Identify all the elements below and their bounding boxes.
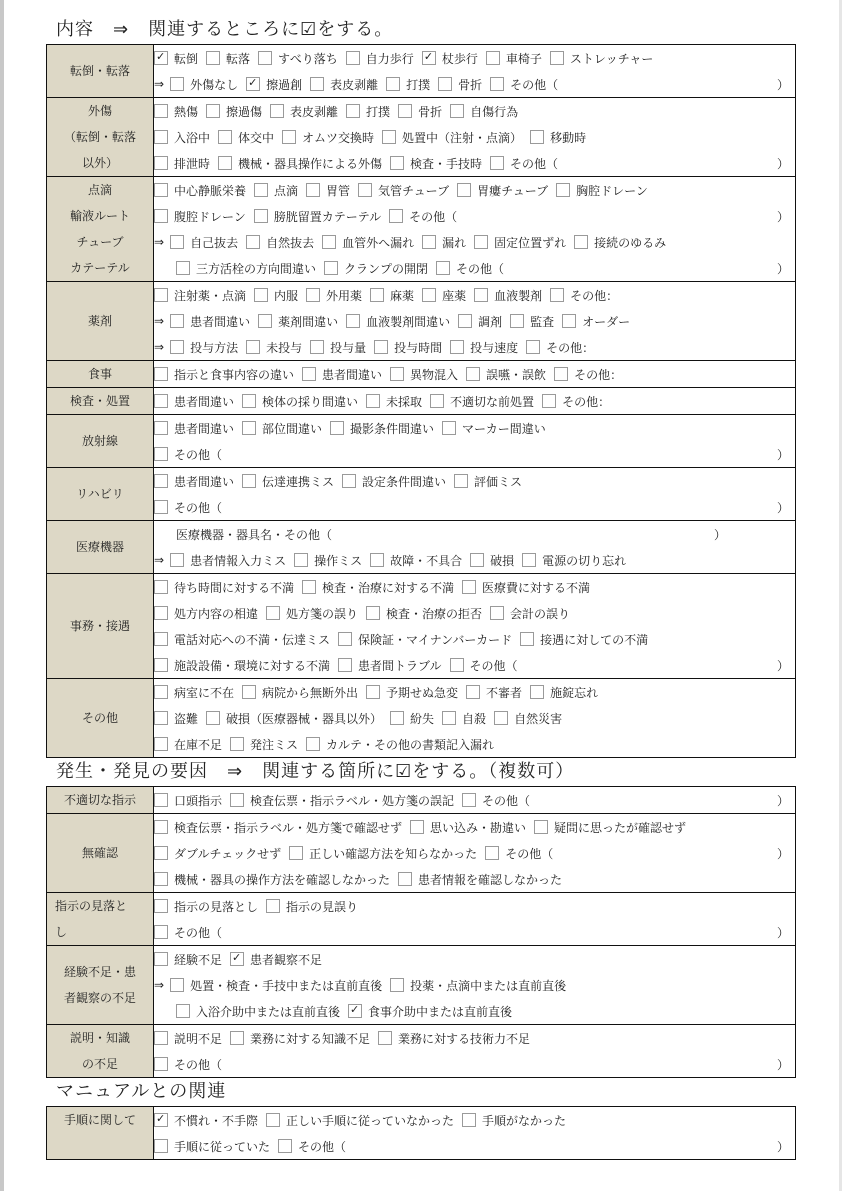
checkbox-icon[interactable] [242, 685, 256, 699]
checkbox-option[interactable]: 自力歩行 [346, 50, 414, 67]
checkbox-option[interactable]: ストレッチャー [550, 50, 654, 67]
checkbox-option[interactable]: 破損（医療器械・器具以外） [206, 710, 382, 727]
checkbox-icon[interactable] [154, 367, 168, 381]
checkbox-icon[interactable] [390, 711, 404, 725]
checkbox-icon[interactable] [462, 580, 476, 594]
checkbox-option[interactable]: 移動時 [530, 129, 586, 146]
row-label: 転倒・転落 [47, 45, 154, 98]
checkbox-option[interactable]: 投与速度 [450, 339, 518, 356]
checkbox-option[interactable]: 盗難 [154, 710, 198, 727]
checkbox-icon[interactable] [474, 288, 488, 302]
checkbox-option[interactable]: 入浴介助中または直前直後 [176, 1003, 340, 1020]
checkbox-option[interactable]: 待ち時間に対する不満 [154, 579, 294, 596]
checkbox-option[interactable]: その他： [542, 393, 610, 410]
checkbox-option[interactable]: 評価ミス [454, 473, 522, 490]
checkbox-option[interactable]: 膀胱留置カテーテル [254, 208, 381, 225]
checkbox-option[interactable]: マーカー間違い [442, 420, 546, 437]
checkbox-icon[interactable] [522, 553, 536, 567]
checkbox-option[interactable]: 麻薬 [370, 287, 414, 304]
checkbox-option[interactable]: ダブルチェックせず [154, 845, 281, 862]
checkbox-icon[interactable] [170, 77, 184, 91]
checkbox-option[interactable]: 注射薬・点滴 [154, 287, 246, 304]
checkbox-icon[interactable] [474, 235, 488, 249]
checkbox-icon[interactable] [289, 846, 303, 860]
checkbox-option[interactable]: 不慣れ・不手際 [154, 1112, 258, 1129]
checkbox-icon[interactable] [442, 421, 456, 435]
checkbox-icon[interactable] [206, 51, 220, 65]
checkbox-option[interactable]: 漏れ [422, 234, 466, 251]
checkbox-icon[interactable] [230, 1031, 244, 1045]
checkbox-icon[interactable] [302, 580, 316, 594]
checkbox-option[interactable]: 業務に対する知識不足 [230, 1030, 370, 1047]
checkbox-option[interactable]: 接続のゆるみ [574, 234, 666, 251]
checkbox-checked-icon[interactable] [246, 77, 260, 91]
checkbox-option[interactable]: 正しい確認方法を知らなかった [289, 845, 477, 862]
checkbox-icon[interactable] [450, 340, 464, 354]
checkbox-option[interactable]: 施錠忘れ [530, 684, 598, 701]
checkbox-icon[interactable] [378, 1031, 392, 1045]
checkbox-icon[interactable] [458, 314, 472, 328]
checkbox-icon[interactable] [386, 77, 400, 91]
checkbox-icon[interactable] [389, 209, 403, 223]
checkbox-icon[interactable] [550, 288, 564, 302]
checkbox-icon[interactable] [530, 130, 544, 144]
checkbox-option[interactable]: 操作ミス [294, 552, 362, 569]
checkbox-icon[interactable] [358, 183, 372, 197]
checkbox-icon[interactable] [374, 340, 388, 354]
checkbox-icon[interactable] [466, 685, 480, 699]
checkbox-icon[interactable] [266, 899, 280, 913]
checkbox-option[interactable]: 自殺 [442, 710, 486, 727]
checkbox-option[interactable]: 擦過傷 [206, 103, 262, 120]
checkbox-icon[interactable] [306, 183, 320, 197]
checkbox-option[interactable]: 病院から無断外出 [242, 684, 358, 701]
checkbox-option[interactable]: その他： [526, 339, 594, 356]
row-label: 食事 [47, 361, 154, 388]
checkbox-icon[interactable] [206, 711, 220, 725]
checkbox-option[interactable]: オーダー [562, 313, 630, 330]
checkbox-option[interactable]: 検査伝票・指示ラベル・処方箋で確認せず [154, 819, 402, 836]
checkbox-icon[interactable] [154, 685, 168, 699]
checkbox-icon[interactable] [278, 1139, 292, 1153]
checkbox-option[interactable]: 撮影条件間違い [330, 420, 434, 437]
checkbox-icon[interactable] [242, 394, 256, 408]
checkbox-option[interactable]: 患者間トラブル [338, 657, 442, 674]
checkbox-icon[interactable] [242, 421, 256, 435]
checkbox-option[interactable]: 表皮剥離 [310, 76, 378, 93]
checkbox-icon[interactable] [154, 793, 168, 807]
checkbox-icon[interactable] [154, 447, 168, 461]
checkbox-option[interactable]: 正しい手順に従っていなかった [266, 1112, 454, 1129]
checkbox-icon[interactable] [398, 872, 412, 886]
checkbox-option[interactable]: 設定条件間違い [342, 473, 446, 490]
checkbox-option[interactable]: 外傷なし [170, 76, 238, 93]
checkbox-icon[interactable] [154, 1139, 168, 1153]
checkbox-option[interactable]: 固定位置ずれ [474, 234, 566, 251]
checkbox-option[interactable]: 電話対応への不満・伝達ミス [154, 631, 330, 648]
checkbox-option[interactable]: 会計の誤り [490, 605, 570, 622]
checkbox-option[interactable]: 三方活栓の方向間違い [176, 260, 316, 277]
checkbox-icon[interactable] [154, 130, 168, 144]
checkbox-icon[interactable] [176, 261, 190, 275]
checkbox-icon[interactable] [450, 104, 464, 118]
checkbox-option[interactable]: 患者間違い [154, 473, 234, 490]
checkbox-option[interactable]: 自然災害 [494, 710, 562, 727]
checkbox-option[interactable]: 体交中 [218, 129, 274, 146]
checkbox-option[interactable]: 調剤 [458, 313, 502, 330]
checkbox-checked-icon[interactable] [230, 952, 244, 966]
checkbox-option[interactable]: 処方内容の相違 [154, 605, 258, 622]
checkbox-option[interactable]: 経験不足 [154, 951, 222, 968]
checkbox-option[interactable]: 処置中（注射・点滴） [382, 129, 522, 146]
checkbox-option[interactable]: 接遇に対しての不満 [520, 631, 648, 648]
checkbox-option[interactable]: 外用薬 [306, 287, 362, 304]
checkbox-option[interactable]: 誤嚥・誤飲 [466, 366, 546, 383]
checkbox-icon[interactable] [254, 288, 268, 302]
checkbox-icon[interactable] [170, 314, 184, 328]
checkbox-icon[interactable] [154, 183, 168, 197]
checkbox-option[interactable]: 打撲 [346, 103, 390, 120]
checkbox-icon[interactable] [330, 421, 344, 435]
checkbox-icon[interactable] [422, 235, 436, 249]
checkbox-icon[interactable] [466, 367, 480, 381]
checkbox-icon[interactable] [230, 737, 244, 751]
checkbox-icon[interactable] [430, 394, 444, 408]
checkbox-option[interactable]: その他（ [154, 499, 222, 516]
checkbox-label: 体交中 [238, 129, 274, 146]
checkbox-label: 検査伝票・指示ラベル・処方箋の誤記 [250, 792, 454, 809]
checkbox-checked-icon[interactable] [348, 1004, 362, 1018]
checkbox-icon[interactable] [550, 51, 564, 65]
checkbox-option[interactable]: 故障・不具合 [370, 552, 462, 569]
checkbox-icon[interactable] [510, 314, 524, 328]
checkbox-option[interactable]: カルテ・その他の書類記入漏れ [306, 736, 494, 753]
checkbox-icon[interactable] [390, 367, 404, 381]
checkbox-option[interactable]: 未採取 [366, 393, 422, 410]
checkbox-icon[interactable] [526, 340, 540, 354]
checkbox-option[interactable]: 投与時間 [374, 339, 442, 356]
checkbox-icon[interactable] [254, 209, 268, 223]
checkbox-icon[interactable] [206, 104, 220, 118]
checkbox-option[interactable]: その他（ [490, 76, 558, 93]
checkbox-icon[interactable] [154, 209, 168, 223]
checkbox-icon[interactable] [490, 156, 504, 170]
checkbox-icon[interactable] [154, 658, 168, 672]
checkbox-icon[interactable] [266, 1113, 280, 1127]
checkbox-option[interactable]: 腹腔ドレーン [154, 208, 246, 225]
checkbox-icon[interactable] [170, 553, 184, 567]
checkbox-option[interactable]: 入浴中 [154, 129, 210, 146]
checkbox-icon[interactable] [218, 156, 232, 170]
checkbox-icon[interactable] [154, 500, 168, 514]
checkbox-option[interactable]: 不審者 [466, 684, 522, 701]
checkbox-icon[interactable] [366, 394, 380, 408]
checkbox-icon[interactable] [230, 793, 244, 807]
checkbox-option[interactable]: 患者情報入力ミス [170, 552, 286, 569]
checkbox-option[interactable]: 患者情報を確認しなかった [398, 871, 562, 888]
checkbox-checked-icon[interactable] [422, 51, 436, 65]
checkbox-icon[interactable] [154, 711, 168, 725]
checkbox-option[interactable]: 骨折 [438, 76, 482, 93]
checkbox-option[interactable]: 擦過創 [246, 76, 302, 93]
checkbox-icon[interactable] [382, 130, 396, 144]
checkbox-option[interactable]: 骨折 [398, 103, 442, 120]
checkbox-option[interactable]: 発注ミス [230, 736, 298, 753]
checkbox-icon[interactable] [346, 51, 360, 65]
checkbox-icon[interactable] [294, 553, 308, 567]
checkbox-option[interactable]: 指示と食事内容の違い [154, 366, 294, 383]
checkbox-icon[interactable] [542, 394, 556, 408]
checkbox-checked-icon[interactable] [154, 51, 168, 65]
checkbox-option[interactable]: 異物混入 [390, 366, 458, 383]
checkbox-option[interactable]: 指示の見誤り [266, 898, 358, 915]
checkbox-icon[interactable] [370, 288, 384, 302]
checkbox-icon[interactable] [154, 925, 168, 939]
checkbox-option[interactable]: 転落 [206, 50, 250, 67]
checkbox-option[interactable]: クランプの開閉 [324, 260, 428, 277]
checkbox-option[interactable]: 予期せぬ急変 [366, 684, 458, 701]
checkbox-option[interactable]: 血液製剤 [474, 287, 542, 304]
checkbox-option[interactable]: 血液製剤間違い [346, 313, 450, 330]
checkbox-option[interactable]: その他（ [278, 1138, 346, 1155]
checkbox-icon[interactable] [154, 737, 168, 751]
checkbox-option[interactable]: 説明不足 [154, 1030, 222, 1047]
checkbox-icon[interactable] [154, 820, 168, 834]
checkbox-icon[interactable] [154, 288, 168, 302]
checkbox-icon[interactable] [266, 606, 280, 620]
checkbox-option[interactable]: その他： [550, 287, 618, 304]
checkbox-icon[interactable] [457, 183, 471, 197]
checkbox-icon[interactable] [154, 846, 168, 860]
checkbox-option[interactable]: その他（ [462, 792, 530, 809]
checkbox-option[interactable]: 機械・器具の操作方法を確認しなかった [154, 871, 390, 888]
checkbox-icon[interactable] [398, 104, 412, 118]
checkbox-icon[interactable] [530, 685, 544, 699]
checkbox-option[interactable]: 中心静脈栄養 [154, 182, 246, 199]
checkbox-icon[interactable] [574, 235, 588, 249]
checkbox-icon[interactable] [390, 156, 404, 170]
checkbox-option[interactable]: 破損 [470, 552, 514, 569]
checkbox-option[interactable]: 自己抜去 [170, 234, 238, 251]
checkbox-option[interactable]: 投薬・点滴中または直前直後 [390, 977, 566, 994]
checkbox-icon[interactable] [246, 235, 260, 249]
checkbox-option[interactable]: 病室に不在 [154, 684, 234, 701]
checkbox-option[interactable]: 未投与 [246, 339, 302, 356]
checkbox-option[interactable]: 転倒 [154, 50, 198, 67]
checkbox-option[interactable]: 自然抜去 [246, 234, 314, 251]
checkbox-option[interactable]: 疑問に思ったが確認せず [534, 819, 686, 836]
checkbox-icon[interactable] [218, 130, 232, 144]
checkbox-option[interactable]: その他（ [490, 155, 558, 172]
checkbox-option[interactable]: 内服 [254, 287, 298, 304]
checkbox-option[interactable]: 部位間違い [242, 420, 322, 437]
checkbox-icon[interactable] [534, 820, 548, 834]
checkbox-icon[interactable] [306, 737, 320, 751]
checkbox-icon[interactable] [346, 314, 360, 328]
checkbox-option[interactable]: 施設設備・環境に対する不満 [154, 657, 330, 674]
checkbox-option[interactable]: 胃管 [306, 182, 350, 199]
checkbox-icon[interactable] [454, 474, 468, 488]
checkbox-option[interactable]: その他（ [485, 845, 553, 862]
checkbox-icon[interactable] [436, 261, 450, 275]
checkbox-icon[interactable] [282, 130, 296, 144]
checkbox-option[interactable]: 口頭指示 [154, 792, 222, 809]
checkbox-option[interactable]: 検査・治療の拒否 [366, 605, 482, 622]
checkbox-icon[interactable] [554, 367, 568, 381]
checkbox-icon[interactable] [170, 978, 184, 992]
checkbox-option[interactable]: 保険証・マイナンバーカード [338, 631, 512, 648]
checkbox-icon[interactable] [310, 340, 324, 354]
checkbox-icon[interactable] [258, 51, 272, 65]
checkbox-icon[interactable] [494, 711, 508, 725]
checkbox-option[interactable]: その他（ [436, 260, 504, 277]
checkbox-icon[interactable] [410, 820, 424, 834]
checkbox-icon[interactable] [324, 261, 338, 275]
checkbox-icon[interactable] [366, 685, 380, 699]
checkbox-option[interactable]: その他（ [154, 446, 222, 463]
checkbox-option[interactable]: 患者間違い [154, 420, 234, 437]
checkbox-option[interactable]: 患者間違い [302, 366, 382, 383]
checkbox-option[interactable]: 自傷行為 [450, 103, 518, 120]
checkbox-option[interactable]: 点滴 [254, 182, 298, 199]
checkbox-option[interactable]: その他（ [389, 208, 457, 225]
checkbox-option[interactable]: その他： [554, 366, 622, 383]
checkbox-icon[interactable] [486, 51, 500, 65]
checkbox-option[interactable]: 胸腔ドレーン [556, 182, 648, 199]
checkbox-option[interactable]: 処置・検査・手技中または直前直後 [170, 977, 382, 994]
checkbox-option[interactable]: 薬剤間違い [258, 313, 338, 330]
checkbox-option[interactable]: 患者間違い [170, 313, 250, 330]
checkbox-icon[interactable] [154, 872, 168, 886]
checkbox-option[interactable]: 伝達連携ミス [242, 473, 334, 490]
checkbox-option[interactable]: 座薬 [422, 287, 466, 304]
checkbox-label: 破損 [490, 552, 514, 569]
checkbox-icon[interactable] [485, 846, 499, 860]
checkbox-icon[interactable] [302, 367, 316, 381]
checkbox-option[interactable]: 投与方法 [170, 339, 238, 356]
checkbox-icon[interactable] [170, 340, 184, 354]
checkbox-icon[interactable] [338, 632, 352, 646]
checkbox-option[interactable]: 手順がなかった [462, 1112, 566, 1129]
checkbox-option[interactable]: 不適切な前処置 [430, 393, 534, 410]
checkbox-option[interactable]: 患者観察不足 [230, 951, 322, 968]
checkbox-option[interactable]: 車椅子 [486, 50, 542, 67]
checkbox-icon[interactable] [438, 77, 452, 91]
checkbox-option[interactable]: 患者間違い [154, 393, 234, 410]
checkbox-option[interactable]: 打撲 [386, 76, 430, 93]
checkbox-icon[interactable] [462, 1113, 476, 1127]
checkbox-option[interactable]: オムツ交換時 [282, 129, 374, 146]
checkbox-icon[interactable] [154, 899, 168, 913]
checkbox-option[interactable]: 監査 [510, 313, 554, 330]
checkbox-option[interactable]: 処方箋の誤り [266, 605, 358, 622]
checkbox-option[interactable]: 表皮剥離 [270, 103, 338, 120]
checkbox-icon[interactable] [154, 952, 168, 966]
checkbox-icon[interactable] [154, 606, 168, 620]
checkbox-icon[interactable] [310, 77, 324, 91]
checkbox-option[interactable]: 検査・治療に対する不満 [302, 579, 454, 596]
checkbox-icon[interactable] [154, 104, 168, 118]
checkbox-icon[interactable] [338, 658, 352, 672]
checkbox-label: 発注ミス [250, 736, 298, 753]
checkbox-icon[interactable] [366, 606, 380, 620]
checkbox-icon[interactable] [562, 314, 576, 328]
checkbox-option[interactable]: 検査伝票・指示ラベル・処方箋の誤記 [230, 792, 454, 809]
checkbox-icon[interactable] [154, 1031, 168, 1045]
checkbox-icon[interactable] [154, 580, 168, 594]
checkbox-option[interactable]: 手順に従っていた [154, 1138, 270, 1155]
checkbox-option[interactable]: 胃瘻チューブ [457, 182, 548, 199]
checkbox-icon[interactable] [520, 632, 534, 646]
checkbox-icon[interactable] [246, 340, 260, 354]
checkbox-option[interactable]: 投与量 [310, 339, 366, 356]
checkbox-icon[interactable] [370, 553, 384, 567]
checkbox-option[interactable]: 熱傷 [154, 103, 198, 120]
checkbox-option[interactable]: 紛失 [390, 710, 434, 727]
checkbox-icon[interactable] [270, 104, 284, 118]
checkbox-icon[interactable] [322, 235, 336, 249]
checkbox-icon[interactable] [154, 632, 168, 646]
checkbox-icon[interactable] [556, 183, 570, 197]
checkbox-icon[interactable] [242, 474, 256, 488]
checkbox-icon[interactable] [170, 235, 184, 249]
option-line: 排泄時機械・器具操作による外傷検査・手技時その他（） [154, 150, 795, 176]
checkbox-icon[interactable] [422, 288, 436, 302]
checkbox-icon[interactable] [154, 474, 168, 488]
checkbox-option[interactable]: 検査・手技時 [390, 155, 482, 172]
checkbox-icon[interactable] [462, 793, 476, 807]
checkbox-icon[interactable] [342, 474, 356, 488]
checkbox-option[interactable]: 在庫不足 [154, 736, 222, 753]
checkbox-option[interactable]: 排泄時 [154, 155, 210, 172]
checkbox-icon[interactable] [306, 288, 320, 302]
checkbox-icon[interactable] [154, 394, 168, 408]
checkbox-option[interactable]: 気管チューブ [358, 182, 449, 199]
checkbox-label: 表皮剥離 [330, 76, 378, 93]
checkbox-icon[interactable] [254, 183, 268, 197]
checkbox-icon[interactable] [176, 1004, 190, 1018]
checkbox-icon[interactable] [258, 314, 272, 328]
checkbox-icon[interactable] [470, 553, 484, 567]
checkbox-option[interactable]: 電源の切り忘れ [522, 552, 626, 569]
checkbox-option[interactable]: 医療費に対する不満 [462, 579, 590, 596]
checkbox-icon[interactable] [154, 1057, 168, 1071]
checkbox-icon[interactable] [490, 77, 504, 91]
checkbox-option[interactable]: 血管外へ漏れ [322, 234, 414, 251]
row-options: 指示と食事内容の違い患者間違い異物混入誤嚥・誤飲その他： [154, 361, 796, 388]
checkbox-option[interactable]: 思い込み・勘違い [410, 819, 526, 836]
checkbox-label: その他（ [456, 260, 504, 277]
checkbox-icon[interactable] [154, 421, 168, 435]
checkbox-option[interactable]: 機械・器具操作による外傷 [218, 155, 382, 172]
checkbox-icon[interactable] [390, 978, 404, 992]
checkbox-option[interactable]: 食事介助中または直前直後 [348, 1003, 512, 1020]
checkbox-icon[interactable] [154, 156, 168, 170]
checkbox-option[interactable]: その他（ [450, 657, 518, 674]
checkbox-option[interactable]: すべり落ち [258, 50, 338, 67]
checkbox-option[interactable]: 指示の見落とし [154, 898, 258, 915]
checkbox-option[interactable]: 業務に対する技術力不足 [378, 1030, 530, 1047]
checkbox-icon[interactable] [450, 658, 464, 672]
checkbox-option[interactable]: その他（ [154, 924, 222, 941]
checkbox-option[interactable]: 検体の採り間違い [242, 393, 358, 410]
checkbox-icon[interactable] [346, 104, 360, 118]
checkbox-icon[interactable] [490, 606, 504, 620]
checkbox-icon[interactable] [442, 711, 456, 725]
checkbox-option[interactable]: その他（ [154, 1056, 222, 1073]
checkbox-checked-icon[interactable] [154, 1113, 168, 1127]
checkbox-option[interactable]: 杖歩行 [422, 50, 478, 67]
